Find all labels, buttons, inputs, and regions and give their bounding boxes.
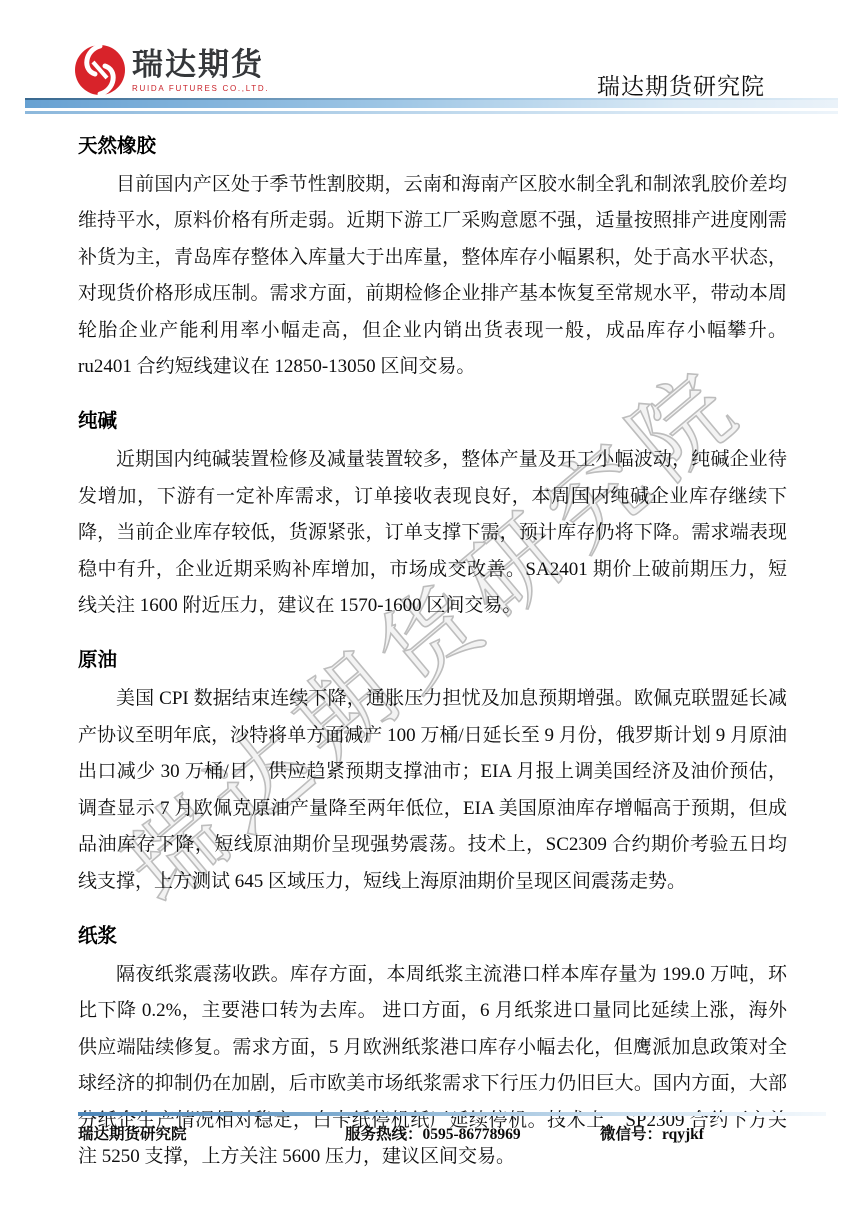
report-page: 瑞达期货 RUIDA FUTURES CO.,LTD. 瑞达期货研究院 瑞达期货… bbox=[0, 0, 860, 1217]
footer-hotline-number: 0595-86778969 bbox=[423, 1126, 521, 1143]
section-heading-natural-rubber: 天然橡胶 bbox=[78, 132, 787, 160]
section-natural-rubber: 天然橡胶 目前国内产区处于季节性割胶期，云南和海南产区胶水制全乳和制浓乳胶价差均… bbox=[78, 132, 787, 385]
section-heading-crude-oil: 原油 bbox=[78, 646, 787, 674]
header-divider-sub-line bbox=[25, 111, 838, 114]
footer-wechat-label: 微信号： bbox=[600, 1126, 662, 1143]
footer-wechat-id: rqyjkf bbox=[662, 1126, 704, 1143]
research-institute-title: 瑞达期货研究院 bbox=[597, 68, 765, 101]
brand-text-block: 瑞达期货 RUIDA FUTURES CO.,LTD. bbox=[132, 48, 269, 93]
footer-divider bbox=[78, 1112, 826, 1116]
section-crude-oil: 原油 美国 CPI 数据结束连续下降，通胀压力担忧及加息预期增强。欧佩克联盟延长… bbox=[78, 646, 787, 899]
brand-name-en: RUIDA FUTURES CO.,LTD. bbox=[132, 84, 269, 93]
section-heading-pulp: 纸浆 bbox=[78, 922, 787, 950]
section-paragraph-soda-ash: 近期国内纯碱装置检修及减量装置较多，整体产量及开工小幅波动，纯碱企业待发增加，下… bbox=[78, 442, 787, 624]
footer: 瑞达期货研究院 服务热线：0595-86778969 微信号：rqyjkf bbox=[78, 1122, 818, 1146]
section-soda-ash: 纯碱 近期国内纯碱装置检修及减量装置较多，整体产量及开工小幅波动，纯碱企业待发增… bbox=[78, 407, 787, 624]
section-paragraph-natural-rubber: 目前国内产区处于季节性割胶期，云南和海南产区胶水制全乳和制浓乳胶价差均维持平水，… bbox=[78, 167, 787, 385]
header-divider-main-bar bbox=[25, 98, 838, 108]
brand-logo: 瑞达期货 RUIDA FUTURES CO.,LTD. bbox=[72, 42, 269, 98]
header-divider bbox=[25, 98, 838, 114]
section-paragraph-crude-oil: 美国 CPI 数据结束连续下降，通胀压力担忧及加息预期增强。欧佩克联盟延长减产协… bbox=[78, 681, 787, 899]
section-heading-soda-ash: 纯碱 bbox=[78, 407, 787, 435]
footer-institute: 瑞达期货研究院 bbox=[78, 1122, 187, 1144]
report-body: 天然橡胶 目前国内产区处于季节性割胶期，云南和海南产区胶水制全乳和制浓乳胶价差均… bbox=[78, 132, 787, 1175]
footer-hotline-label: 服务热线： bbox=[345, 1126, 423, 1143]
brand-name-cn: 瑞达期货 bbox=[132, 48, 269, 82]
footer-wechat: 微信号：rqyjkf bbox=[600, 1122, 704, 1144]
footer-hotline: 服务热线：0595-86778969 bbox=[345, 1122, 521, 1144]
ruida-logo-icon bbox=[72, 42, 128, 98]
